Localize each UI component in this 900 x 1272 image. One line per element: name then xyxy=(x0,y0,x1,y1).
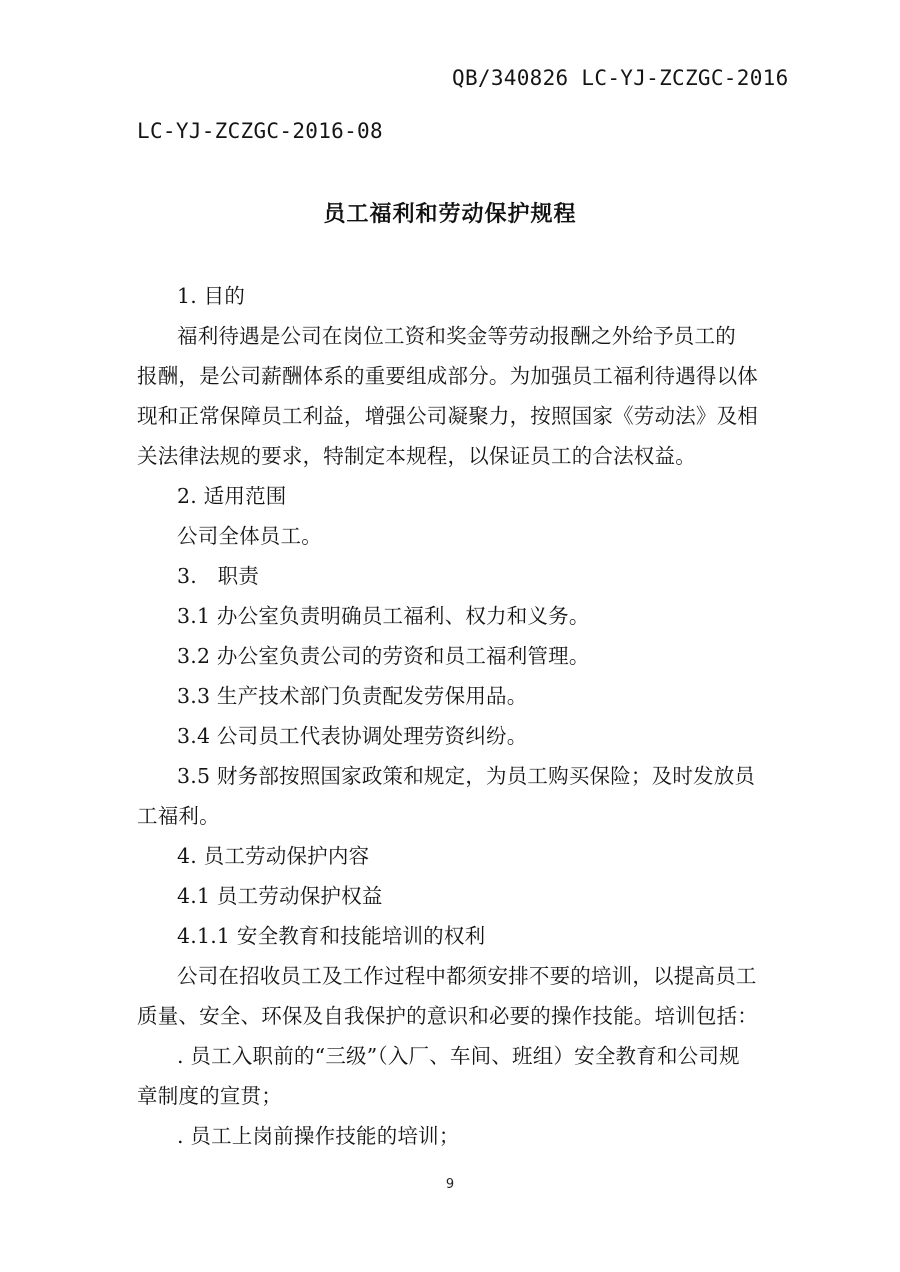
document-number: LC-YJ-ZCZGC-2016-08 xyxy=(137,119,383,143)
subsection-heading: 4.1 员工劳动保护权益 xyxy=(137,876,769,916)
list-item: 3.3 生产技术部门负责配发劳保用品。 xyxy=(137,676,769,716)
paragraph-line: 质量、安全、环保及自我保护的意识和必要的操作技能。培训包括： xyxy=(137,996,769,1036)
subsection-heading: 4.1.1 安全教育和技能培训的权利 xyxy=(137,916,769,956)
document-body: 1. 目的 福利待遇是公司在岗位工资和奖金等劳动报酬之外给予员工的 报酬，是公司… xyxy=(137,276,769,1156)
section-heading-responsibilities: 3. 职责 xyxy=(137,556,769,596)
document-page: QB/340826 LC-YJ-ZCZGC-2016 LC-YJ-ZCZGC-2… xyxy=(0,0,900,1272)
bullet-item: . 员工上岗前操作技能的培训； xyxy=(137,1116,769,1156)
paragraph-line: 公司全体员工。 xyxy=(137,516,769,556)
bullet-item-continuation: 章制度的宣贯； xyxy=(137,1076,769,1116)
standard-code-header: QB/340826 LC-YJ-ZCZGC-2016 xyxy=(452,66,789,90)
list-item: 3.1 办公室负责明确员工福利、权力和义务。 xyxy=(137,596,769,636)
paragraph-line: 现和正常保障员工利益，增强公司凝聚力，按照国家《劳动法》及相 xyxy=(137,396,769,436)
list-item-continuation: 工福利。 xyxy=(137,796,769,836)
paragraph-line: 报酬，是公司薪酬体系的重要组成部分。为加强员工福利待遇得以体 xyxy=(137,356,769,396)
section-heading-labor-protection: 4. 员工劳动保护内容 xyxy=(137,836,769,876)
section-heading-purpose: 1. 目的 xyxy=(137,276,769,316)
list-item: 3.4 公司员工代表协调处理劳资纠纷。 xyxy=(137,716,769,756)
bullet-item: . 员工入职前的“三级”（入厂、车间、班组）安全教育和公司规 xyxy=(137,1036,769,1076)
paragraph-line: 公司在招收员工及工作过程中都须安排不要的培训，以提高员工 xyxy=(137,956,769,996)
page-number: 9 xyxy=(0,1177,900,1192)
list-item: 3.2 办公室负责公司的劳资和员工福利管理。 xyxy=(137,636,769,676)
section-heading-scope: 2. 适用范围 xyxy=(137,476,769,516)
list-item: 3.5 财务部按照国家政策和规定，为员工购买保险；及时发放员 xyxy=(137,756,769,796)
paragraph-line: 福利待遇是公司在岗位工资和奖金等劳动报酬之外给予员工的 xyxy=(137,316,769,356)
document-title: 员工福利和劳动保护规程 xyxy=(0,197,900,228)
paragraph-line: 关法律法规的要求，特制定本规程，以保证员工的合法权益。 xyxy=(137,436,769,476)
